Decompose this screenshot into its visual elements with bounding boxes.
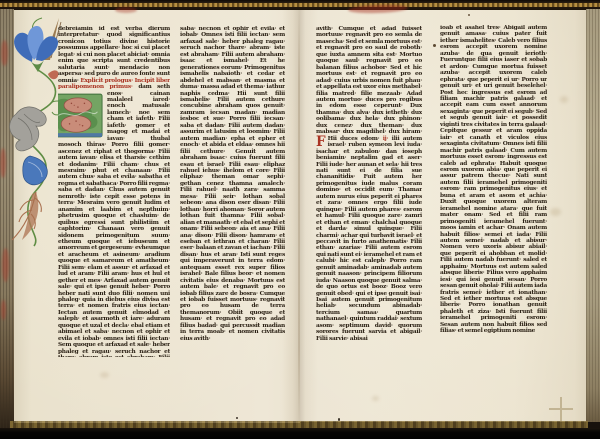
chapter-2-text: ilii autem israel· ruben symeon levi iud… [316,136,422,342]
rose-scroll-bottom [61,115,91,132]
column-3-text: avith· Cumque et adad fuisset mortuus· r… [316,26,422,142]
red-lombard-initial-F: F [316,136,326,148]
rose-scroll-top [64,97,92,112]
prologue-end-text: debreiamin id est verba dierum interpret… [58,26,170,84]
gray-acanthus-leaf-ornament [10,107,47,151]
illuminated-initial-A [58,92,103,139]
ink-speck [468,14,470,16]
chapter-number-mark: ij· [383,136,389,142]
left-page-column-1: debreiamin id est verba dierum interpret… [58,26,170,357]
center-fold-line [298,9,300,423]
ink-speck [236,417,238,419]
right-page-edges [586,9,600,422]
red-stain-small [115,7,137,13]
left-page-column-2: saba· necnon et ophir et evila· et iobab… [180,26,285,354]
ink-speck [433,44,436,47]
brown-feather-leaf-ornament [12,192,41,240]
foxing-spot [550,208,561,216]
right-page-column-1: avith· Cumque et adad fuisset mortuus· r… [316,26,422,354]
ink-speck [338,418,340,421]
foxing-spot [100,372,109,378]
foxing-spot [560,96,568,103]
edge-marble-mark [1,300,6,320]
book-opening-photo: debreiamin id est verba dierum interpret… [0,0,600,439]
foxing-spot [372,396,379,401]
margin-floral-border [4,14,66,254]
red-bud-ornament [48,70,58,79]
gilt-page-bottom-edge [10,421,588,428]
cover-bottom-edge [0,428,600,439]
column-4-text: ioab et asahel tres· Abigail autem genui… [440,25,547,334]
gutter-shadow [282,9,318,423]
blue-cornflower-ornament [14,26,58,72]
right-page-column-2: ioab et asahel tres· Abigail autem genui… [440,25,547,351]
register-cross-mark [549,397,573,421]
column-2-text: saba· necnon et ophir et evila· et iobab… [180,26,285,342]
gold-tooling-band [0,3,600,7]
blue-leaf-ornament [23,156,48,185]
